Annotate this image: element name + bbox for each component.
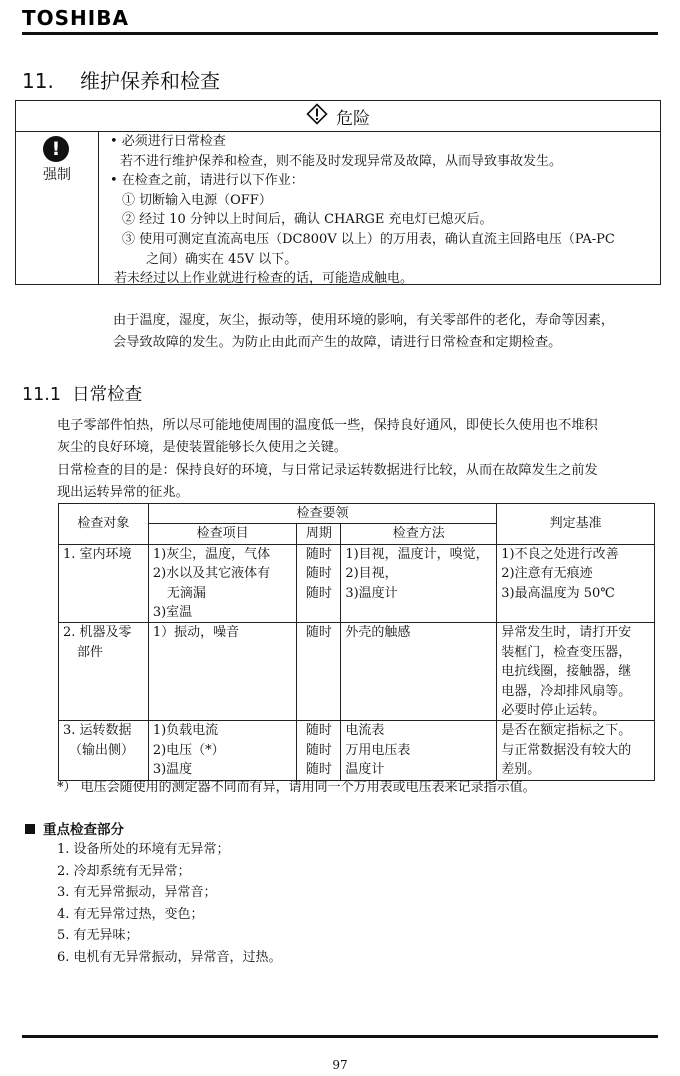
subsection-heading: 11.1 日常检查: [22, 381, 142, 406]
cell-methods: 1)目视，温度计，嗅觉， 2)目视， 3)温度计: [341, 544, 497, 623]
header-divider: [22, 32, 658, 35]
body-line: 现出运转异常的征兆。: [57, 482, 598, 504]
cell-target: 1. 室内环境: [59, 544, 149, 623]
section-heading: 11.维护保养和检查: [22, 65, 220, 94]
cell-periods: 随时: [297, 623, 341, 721]
page-number: 97: [0, 1058, 680, 1072]
subsection-number: 11.1: [22, 385, 61, 405]
focus-heading: 重点检查部分: [25, 818, 124, 838]
inspection-table: 检查对象 检查要领 判定基准 检查项目 周期 检查方法 1. 室内环境 1)灰尘…: [58, 503, 655, 781]
cell-criteria: 是否在额定指标之下。 与正常数据没有较大的 差别。: [497, 721, 655, 780]
section-title: 维护保养和检查: [80, 69, 220, 93]
cell-methods: 外壳的触感: [341, 623, 497, 721]
list-item: 5. 有无异味；: [57, 925, 282, 947]
table-row: 2. 机器及零 部件 1）振动，噪音 随时 外壳的触感 异常发生时，请打开安 装…: [59, 623, 655, 721]
cell-target: 3. 运转数据 （输出侧）: [59, 721, 149, 780]
list-item: 6. 电机有无异常振动，异常音，过热。: [57, 947, 282, 969]
cell-periods: 随时 随时 随时: [297, 721, 341, 780]
intro-line: 由于温度，湿度，灰尘，振动等，使用环境的影响，有关零部件的老化，寿命等因素，: [113, 310, 614, 332]
body-paragraph: 电子零部件怕热，所以尽可能地使周围的温度低一些，保持良好通风，即使长久使用也不堆…: [57, 415, 598, 504]
danger-step: 之间）确实在 45V 以下。: [110, 250, 652, 270]
warning-diamond-icon: [306, 103, 328, 130]
subsection-title: 日常检查: [72, 385, 142, 405]
header-method: 检查方法: [341, 524, 497, 544]
focus-title: 重点检查部分: [43, 822, 124, 838]
danger-step: ② 经过 10 分钟以上时间后，确认 CHARGE 充电灯已熄灭后。: [110, 210, 652, 230]
danger-line: 若未经过以上作业就进行检查的话，可能造成触电。: [110, 269, 652, 289]
intro-line: 会导致故障的发生。为防止由此而产生的故障，请进行日常检查和定期检查。: [113, 332, 614, 354]
footer-divider: [22, 1035, 658, 1038]
danger-title: 危险: [336, 104, 370, 129]
body-line: 电子零部件怕热，所以尽可能地使周围的温度低一些，保持良好通风，即使长久使用也不堆…: [57, 415, 598, 437]
intro-paragraph: 由于温度，湿度，灰尘，振动等，使用环境的影响，有关零部件的老化，寿命等因素， 会…: [113, 310, 614, 353]
cell-criteria: 异常发生时，请打开安 装框门，检查变压器， 电抗线圈，接触器，继 电器，冷却排风…: [497, 623, 655, 721]
danger-header: 危险: [16, 101, 660, 132]
body-line: 灰尘的良好环境，是使装置能够长久使用之关键。: [57, 437, 598, 459]
header-target: 检查对象: [59, 504, 149, 545]
table-row: 3. 运转数据 （输出侧） 1)负载电流 2)电压（*） 3)温度 随时 随时 …: [59, 721, 655, 780]
danger-line: 若不进行维护保养和检查，则不能及时发现异常及故障，从而导致事故发生。: [110, 152, 652, 172]
mandatory-column: ! 强制: [16, 131, 99, 284]
cell-methods: 电流表 万用电压表 温度计: [341, 721, 497, 780]
table-row: 1. 室内环境 1)灰尘，温度，气体 2)水以及其它液体有 无滴漏 3)室温 随…: [59, 544, 655, 623]
danger-step: ③ 使用可测定直流高电压（DC800V 以上）的万用表，确认直流主回路电压（PA…: [110, 230, 652, 250]
list-item: 4. 有无异常过热，变色；: [57, 904, 282, 926]
table-footnote: *） 电压会随使用的测定器不同而有异，请用同一个万用表或电压表来记录指示值。: [57, 776, 536, 795]
cell-criteria: 1)不良之处进行改善 2)注意有无痕迹 3)最高温度为 50℃: [497, 544, 655, 623]
list-item: 2. 冷却系统有无异常；: [57, 861, 282, 883]
list-item: 3. 有无异常振动，异常音；: [57, 882, 282, 904]
square-bullet-icon: [25, 824, 35, 834]
section-number: 11.: [22, 69, 80, 93]
danger-notice-box: 危险 ! 强制 • 必须进行日常检查 若不进行维护保养和检查，则不能及时发现异常…: [15, 100, 661, 285]
body-line: 日常检查的目的是：保持良好的环境，与日常记录运转数据进行比较，从而在故障发生之前…: [57, 460, 598, 482]
list-item: 1. 设备所处的环境有无异常；: [57, 839, 282, 861]
cell-items: 1)灰尘，温度，气体 2)水以及其它液体有 无滴漏 3)室温: [148, 544, 297, 623]
danger-body: • 必须进行日常检查 若不进行维护保养和检查，则不能及时发现异常及故障，从而导致…: [110, 132, 652, 289]
cell-items: 1)负载电流 2)电压（*） 3)温度: [148, 721, 297, 780]
header-period: 周期: [297, 524, 341, 544]
header-group: 检查要领: [148, 504, 496, 524]
focus-list: 1. 设备所处的环境有无异常； 2. 冷却系统有无异常； 3. 有无异常振动，异…: [57, 839, 282, 969]
danger-step: ① 切断输入电源（OFF）: [110, 191, 652, 211]
header-criteria: 判定基准: [497, 504, 655, 545]
danger-line: • 在检查之前，请进行以下作业：: [110, 171, 652, 191]
mandatory-label: 强制: [16, 164, 98, 184]
brand-logo: TOSHIBA: [22, 6, 129, 30]
cell-items: 1）振动，噪音: [148, 623, 297, 721]
danger-line: • 必须进行日常检查: [110, 132, 652, 152]
cell-periods: 随时 随时 随时: [297, 544, 341, 623]
exclamation-circle-icon: !: [43, 136, 69, 162]
header-item: 检查项目: [148, 524, 297, 544]
cell-target: 2. 机器及零 部件: [59, 623, 149, 721]
